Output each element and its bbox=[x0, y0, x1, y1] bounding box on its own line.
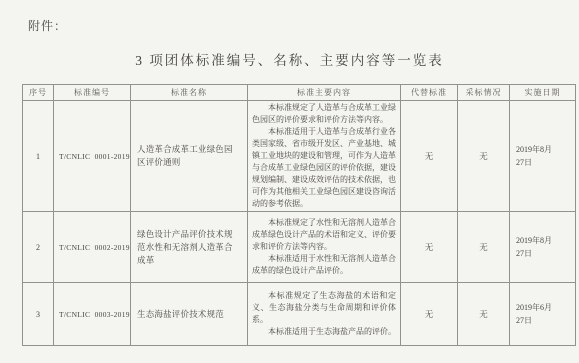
col-header-replaced: 代替标准 bbox=[401, 85, 458, 101]
cell-date: 2019年8月 27日 bbox=[510, 101, 576, 212]
cell-date: 2019年6月 27日 bbox=[510, 283, 576, 346]
table-header-row: 序号 标准编号 标准名称 标准主要内容 代替标准 采标情况 实施日期 bbox=[23, 85, 576, 101]
date-line: 2019年8月 bbox=[516, 143, 575, 156]
content-paragraph: 本标准规定了水性和无溶剂人造革合成革绿色设计产品的术语和定义、评价要求和评价方法… bbox=[252, 217, 396, 253]
col-header-adoption: 采标情况 bbox=[458, 85, 510, 101]
table-row: 3 T/CNLIC 0003-2019 生态海盐评价技术规范 本标准规定了生态海… bbox=[23, 283, 576, 346]
date-line: 2019年6月 bbox=[516, 301, 575, 314]
cell-serial: 3 bbox=[23, 283, 54, 346]
content-paragraph: 本标准适用于生态海盐产品的评价。 bbox=[252, 326, 396, 338]
document-page: 附件： 3 项团体标准编号、名称、主要内容等一览表 序号 标准编号 标准名称 标… bbox=[0, 0, 579, 363]
cell-name: 人造革合成革工业绿色园区评价通则 bbox=[131, 101, 248, 212]
attachment-label: 附件： bbox=[28, 17, 67, 34]
table-row: 2 T/CNLIC 0002-2019 绿色设计产品评价技术规范水性和无溶剂人造… bbox=[23, 212, 576, 283]
cell-name: 生态海盐评价技术规范 bbox=[131, 283, 248, 346]
content-paragraph: 本标准规定了人造革与合成革工业绿色园区的评价要求和评价方法等内容。 bbox=[252, 102, 396, 126]
cell-serial: 2 bbox=[23, 212, 54, 283]
table-row: 1 T/CNLIC 0001-2019 人造革合成革工业绿色园区评价通则 本标准… bbox=[23, 101, 576, 212]
cell-date: 2019年8月 27日 bbox=[510, 212, 576, 283]
date-line: 27日 bbox=[516, 247, 575, 260]
cell-adoption: 无 bbox=[458, 212, 510, 283]
standards-table: 序号 标准编号 标准名称 标准主要内容 代替标准 采标情况 实施日期 1 T/C… bbox=[22, 84, 576, 346]
cell-name: 绿色设计产品评价技术规范水性和无溶剂人造革合成革 bbox=[131, 212, 248, 283]
cell-replaced: 无 bbox=[401, 283, 458, 346]
date-line: 27日 bbox=[516, 156, 575, 169]
cell-content: 本标准规定了人造革与合成革工业绿色园区的评价要求和评价方法等内容。 本标准适用于… bbox=[248, 101, 401, 212]
content-paragraph: 本标准规定了生态海盐的术语和定义、生态海盐分类与生命周期和评价体系。 bbox=[252, 290, 396, 326]
col-header-name: 标准名称 bbox=[131, 85, 248, 101]
cell-code: T/CNLIC 0001-2019 bbox=[54, 101, 131, 212]
cell-replaced: 无 bbox=[401, 212, 458, 283]
cell-adoption: 无 bbox=[458, 101, 510, 212]
content-paragraph: 本标准适用于人造革与合成革行业各类国家级、省市级开发区、产业基地、城镇工业地块的… bbox=[252, 126, 396, 210]
col-header-date: 实施日期 bbox=[510, 85, 576, 101]
cell-code: T/CNLIC 0002-2019 bbox=[54, 212, 131, 283]
col-header-serial: 序号 bbox=[23, 85, 54, 101]
cell-content: 本标准规定了生态海盐的术语和定义、生态海盐分类与生命周期和评价体系。 本标准适用… bbox=[248, 283, 401, 346]
cell-code: T/CNLIC 0003-2019 bbox=[54, 283, 131, 346]
cell-content: 本标准规定了水性和无溶剂人造革合成革绿色设计产品的术语和定义、评价要求和评价方法… bbox=[248, 212, 401, 283]
date-line: 27日 bbox=[516, 314, 575, 327]
cell-replaced: 无 bbox=[401, 101, 458, 212]
cell-serial: 1 bbox=[23, 101, 54, 212]
content-paragraph: 本标准适用于水性和无溶剂人造革合成革的绿色设计产品评价。 bbox=[252, 253, 396, 277]
date-line: 2019年8月 bbox=[516, 234, 575, 247]
col-header-content: 标准主要内容 bbox=[248, 85, 401, 101]
page-title: 3 项团体标准编号、名称、主要内容等一览表 bbox=[0, 49, 579, 69]
col-header-code: 标准编号 bbox=[54, 85, 131, 101]
cell-adoption: 无 bbox=[458, 283, 510, 346]
